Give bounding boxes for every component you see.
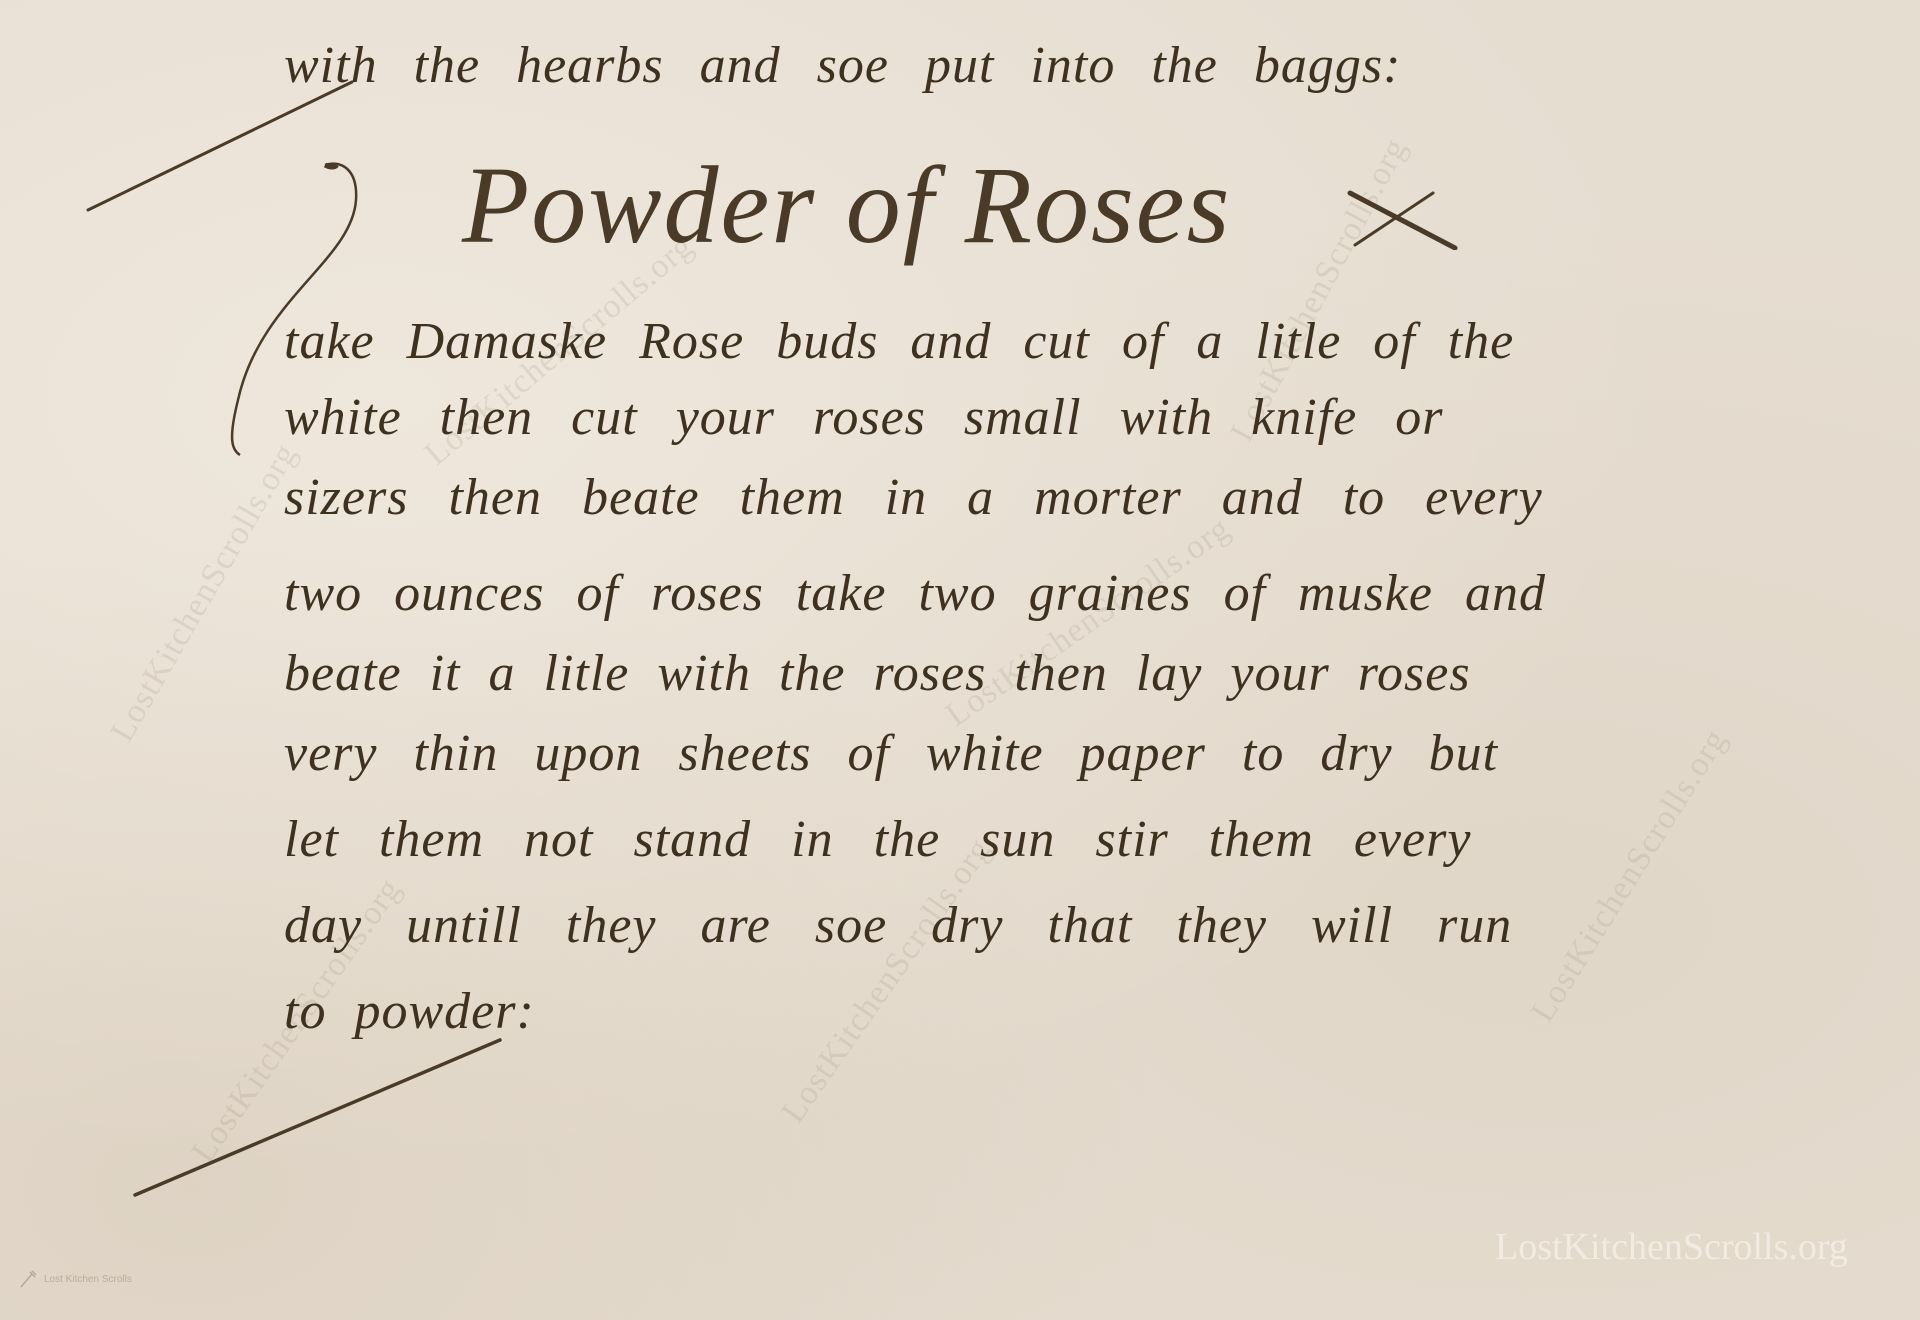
fork-scroll-icon [18, 1268, 40, 1290]
previous-recipe-tail: with the hearbs and soe put into the bag… [284, 40, 1401, 92]
recipe-title: Powder of Roses [462, 150, 1231, 260]
cross-mark-icon [1345, 190, 1460, 250]
recipe-line: let them not stand in the sun stir them … [284, 814, 1471, 866]
logo-text: Lost Kitchen Scrolls [44, 1274, 132, 1285]
site-logo: Lost Kitchen Scrolls [18, 1268, 132, 1290]
manuscript-page: LostKitchenScrolls.org LostKitchenScroll… [0, 0, 1920, 1320]
corner-watermark: LostKitchenScrolls.org [1495, 1225, 1848, 1269]
recipe-line: take Damaske Rose buds and cut of a litl… [284, 316, 1514, 368]
recipe-line: white then cut your roses small with kni… [284, 392, 1443, 444]
recipe-line: day untill they are soe dry that they wi… [284, 900, 1512, 952]
recipe-line: sizers then beate them in a morter and t… [284, 472, 1543, 524]
recipe-line: beate it a litle with the roses then lay… [284, 648, 1471, 700]
recipe-line: two ounces of roses take two graines of … [284, 568, 1546, 620]
recipe-line: to powder: [284, 986, 535, 1038]
recipe-line: very thin upon sheets of white paper to … [284, 728, 1498, 780]
